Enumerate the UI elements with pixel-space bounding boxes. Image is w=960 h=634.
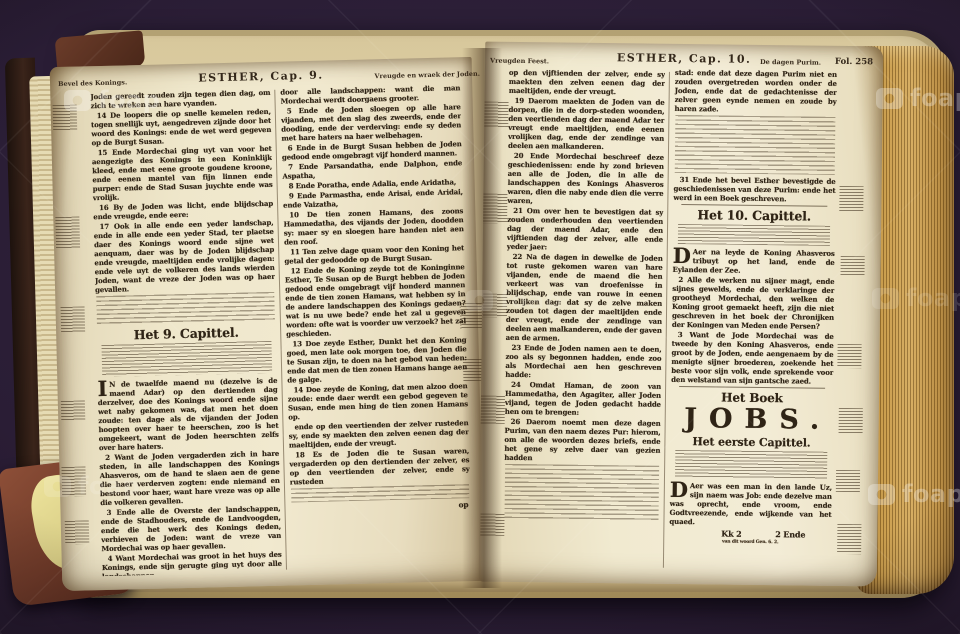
margin-note [55, 217, 80, 250]
catchword: 2 Ende [775, 529, 805, 539]
text-paragraph: 3 Ende alle de Overste der landschappen,… [100, 504, 281, 553]
text-block: DAer na leyde de Koning Ahasveros tribuy… [671, 247, 835, 386]
left-page-column-2: door alle landschappen: want die man Mor… [280, 83, 472, 571]
text-paragraph: 22 Na de dagen in dewelke de Joden tot r… [506, 252, 663, 344]
text-paragraph: 14 Doe zeyde de Koning, dat men alzoo do… [288, 381, 469, 421]
text-paragraph: 10 De tien zonen Hamans, des zoons Hamme… [283, 206, 464, 246]
margin-note [61, 400, 85, 421]
margin-note [53, 105, 78, 132]
text-paragraph: 3 Want de Jode Mordechai was de tweede b… [671, 330, 834, 386]
margin-note [837, 344, 861, 368]
text-block: DAer was een man in den lande Uz, sijn n… [669, 481, 832, 528]
text-paragraph: 23 Ende de Joden namen aen te doen, zoo … [505, 343, 661, 381]
text-block: IN de twaelfde maend nu (dezelve is de m… [97, 376, 282, 576]
chapter-heading: Het 9. Capittel. [96, 325, 276, 343]
text-paragraph: stad: ende dat deze dagen Purim niet en … [674, 68, 837, 115]
text-block: op den vijftienden der zelver, ende sy m… [504, 68, 665, 464]
text-block: Joden gereedt zouden zijn tegen dien dag… [90, 88, 275, 294]
margin-note [65, 520, 90, 545]
text-paragraph: 2 Want de Joden vergaderden zich in hare… [99, 449, 280, 507]
gathering-signature: Kk 2 [721, 529, 741, 539]
left-page: Bevel des Konings. ESTHER, Cap. 9. Vreug… [50, 57, 485, 591]
footnote: van dit woord Gen. 6. 2. [669, 539, 831, 547]
text-paragraph: 13 Doe zeyde Esther, Dunkt het den Konin… [286, 335, 467, 384]
illegible-text-block [291, 484, 469, 502]
margin-note [61, 306, 86, 333]
text-paragraph: 5 Ende de Joden sloegen op alle hare vij… [281, 102, 462, 142]
text-paragraph: DAer was een man in den lande Uz, sijn n… [669, 481, 832, 528]
illegible-text-block [96, 292, 275, 326]
signature-row: Kk 2 2 Ende [669, 528, 831, 540]
illegible-text-block [675, 115, 836, 175]
margin-note [839, 408, 863, 434]
text-paragraph: ende op den veertienden der zelver ruste… [288, 418, 469, 449]
catchword: op [290, 500, 468, 514]
right-page-column-2: stad: ende dat deze dagen Purim niet en … [669, 68, 837, 580]
text-paragraph: op den vijftienden der zelver, ende sy m… [509, 68, 665, 97]
gutter-shadow [462, 48, 502, 588]
text-paragraph: 14 De loopers die op snelle kemelen rede… [91, 107, 272, 147]
chapter-summary-text [101, 341, 272, 377]
book-title: JOBS. [671, 405, 833, 435]
illegible-text-block [504, 464, 659, 522]
left-page-column-1: Joden gereedt zouden zijn tegen dien dag… [90, 88, 282, 576]
margin-note [839, 186, 863, 212]
text-paragraph: 20 Ende Mordechai beschreef deze geschie… [507, 151, 664, 207]
text-paragraph: 15 Ende Mordechai ging uyt van voor het … [92, 144, 273, 202]
folio-number: Fol. 258 [835, 58, 873, 67]
text-paragraph: 18 Es de Joden die te Susan waren, verga… [289, 446, 470, 486]
text-block: door alle landschappen: want die man Mor… [280, 83, 470, 486]
margin-note [837, 524, 861, 554]
text-paragraph: 19 Daerom maekten de Joden van de dorpen… [508, 96, 665, 152]
text-paragraph: 26 Daerom noemt men deze dagen Purim, va… [504, 417, 661, 464]
text-paragraph: 4 Want Mordechai was groot in het huys d… [102, 550, 282, 576]
text-paragraph: 31 Ende het bevel Esther bevestigde de g… [673, 175, 835, 204]
text-paragraph: 24 Omdat Haman, de zoon van Hammedatha, … [505, 380, 661, 418]
photo-of-antique-bible: Bevel des Konings. ESTHER, Cap. 9. Vreug… [0, 0, 960, 634]
text-paragraph: IN de twaelfde maend nu (dezelve is de m… [97, 376, 279, 452]
text-paragraph: DAer na leyde de Koning Ahasveros tribuy… [672, 247, 834, 276]
text-block: 31 Ende het bevel Esther bevestigde de g… [673, 175, 835, 204]
text-paragraph: 21 Om over hen te bevestigen dat sy zoud… [507, 206, 664, 253]
text-paragraph: 12 Ende de Koning zeyde tot de Koninginn… [285, 262, 467, 338]
chapter-heading: Het eerste Capittel. [670, 435, 832, 450]
right-page-column-1: op den vijftienden der zelver, ende sy m… [503, 68, 665, 570]
margin-note [836, 470, 860, 492]
margin-note [61, 466, 86, 497]
text-paragraph: 17 Ook in alle ende een yeder landschap,… [93, 218, 275, 294]
running-head-right: De dagen Purim. [760, 58, 821, 67]
text-paragraph: 2 Alle de werken nu sijner magt, ende si… [672, 275, 835, 331]
section-rule [679, 386, 825, 389]
margin-note [840, 256, 864, 276]
chapter-summary-text [678, 224, 830, 246]
chapter-summary-text [675, 450, 827, 480]
chapter-heading: Het 10. Capittel. [673, 208, 835, 224]
text-block: stad: ende dat deze dagen Purim niet en … [674, 68, 837, 115]
right-page: Vreugden Feest. ESTHER, Cap. 10. De dage… [479, 42, 884, 587]
